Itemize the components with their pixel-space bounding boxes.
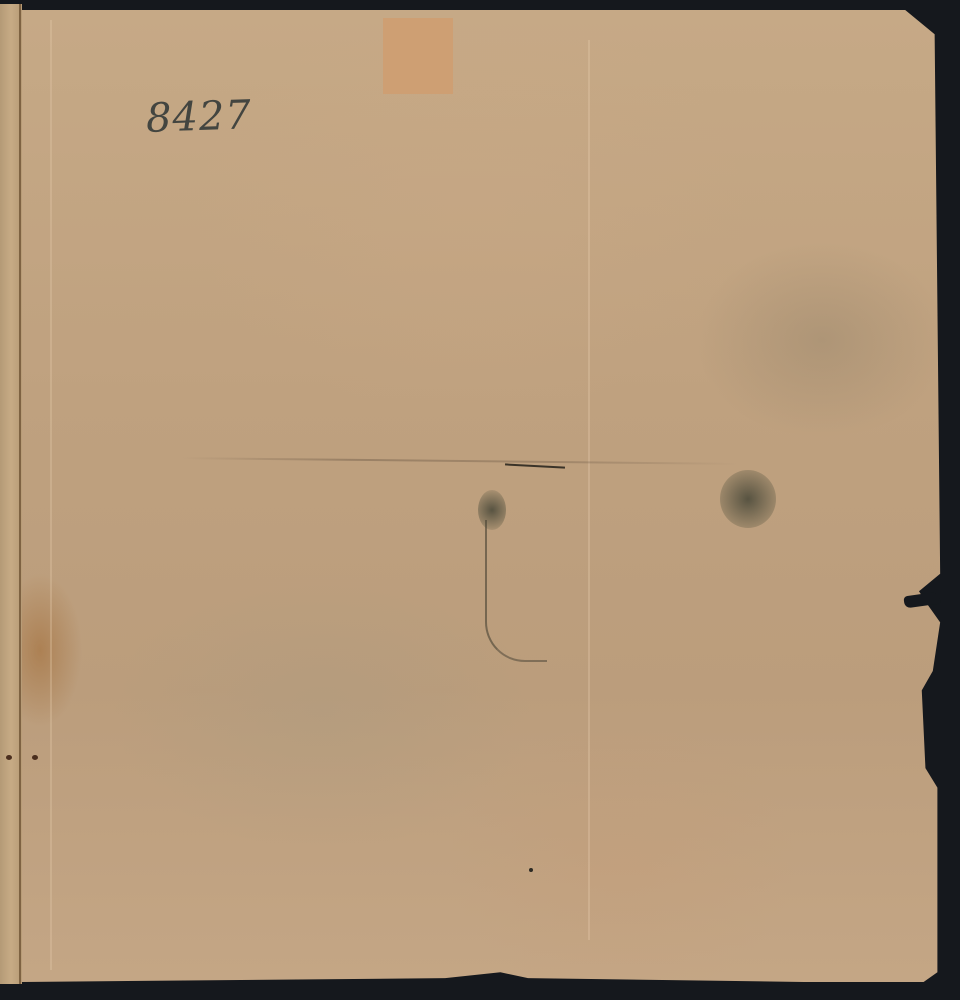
ink-trail: [485, 520, 547, 662]
shelf-mark-number: 8427: [145, 92, 252, 142]
stain-spot: [32, 755, 38, 760]
ink-blot-right: [720, 470, 776, 528]
stain-spot: [529, 868, 533, 872]
stain-spot: [6, 755, 12, 760]
faded-stamp-patch: [383, 18, 453, 94]
binding-gutter-line: [19, 4, 21, 984]
page-fold-line: [50, 20, 52, 970]
document-scan: 8427: [0, 0, 960, 1000]
vertical-crease: [588, 40, 590, 940]
